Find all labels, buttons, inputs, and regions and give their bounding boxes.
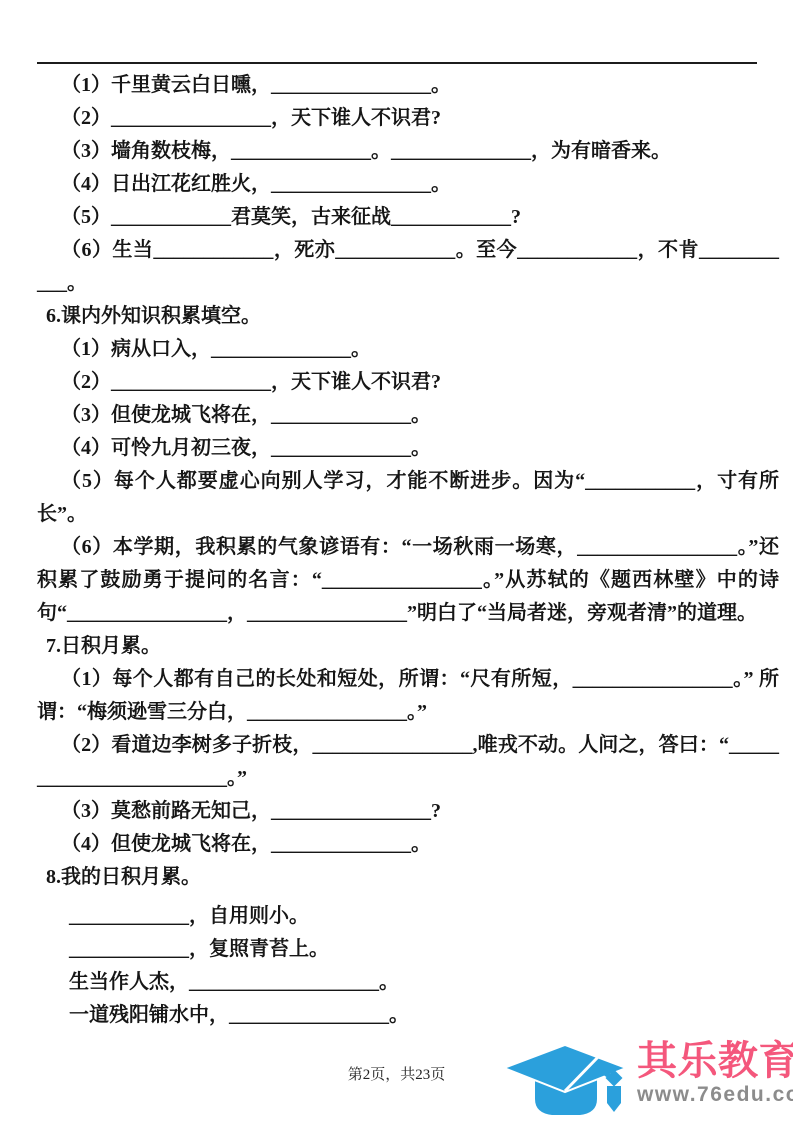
question-line: （3）墙角数枝梅，______________。______________，为… (37, 135, 779, 168)
question-line: （1）病从口入，______________。 (37, 333, 779, 366)
question-line: （3）但使龙城飞将在，______________。 (37, 399, 779, 432)
question-line: （4）可怜九月初三夜，______________。 (37, 432, 779, 465)
graduation-cap-icon (502, 1039, 634, 1119)
poem-line: 一道残阳铺水中，________________。 (37, 999, 779, 1032)
header-divider-rule (37, 62, 757, 64)
question-line: （4）日出江花红胜火，________________。 (37, 168, 779, 201)
poem-line: 生当作人杰，___________________。 (37, 966, 779, 999)
section-header-6: 6.课内外知识积累填空。 (37, 300, 779, 333)
question-line: （5）____________君莫笑，古来征战____________? (37, 201, 779, 234)
question-line: （4）但使龙城飞将在，______________。 (37, 828, 779, 861)
question-line: （6）生当____________，死亦____________。至今_____… (37, 234, 779, 300)
question-line: （2）________________，天下谁人不识君? (37, 366, 779, 399)
question-line: （2）看道边李树多子折枝，________________,唯戎不动。人问之，答… (37, 729, 779, 795)
brand-text-block: 其乐教育 www.76edu.com (637, 1039, 793, 1107)
question-line: （1）每个人都有自己的长处和短处，所谓：“尺有所短，______________… (37, 663, 779, 729)
section-header-7: 7.日积月累。 (37, 630, 779, 663)
worksheet-page: （1）千里黄云白日曛，________________。 （2）________… (0, 0, 793, 1122)
poem-line: ____________，自用则小。 (37, 900, 779, 933)
brand-name: 其乐教育 (637, 1039, 793, 1083)
brand-url: www.76edu.com (637, 1083, 793, 1107)
question-line: （3）莫愁前路无知己，________________? (37, 795, 779, 828)
question-line: （1）千里黄云白日曛，________________。 (37, 69, 779, 102)
question-line: （6）本学期，我积累的气象谚语有：“一场秋雨一场寒，______________… (37, 531, 779, 630)
page-number: 第2页，共23页 (348, 1067, 446, 1083)
question-line: （2）________________，天下谁人不识君? (37, 102, 779, 135)
brand-watermark: 其乐教育 www.76edu.com (502, 1039, 793, 1119)
section-header-8: 8.我的日积月累。 (37, 861, 779, 894)
worksheet-content: （1）千里黄云白日曛，________________。 （2）________… (0, 69, 793, 1032)
question-line: （5）每个人都要虚心向别人学习，才能不断进步。因为“___________，寸有… (37, 465, 779, 531)
poem-line: ____________，复照青苔上。 (37, 933, 779, 966)
